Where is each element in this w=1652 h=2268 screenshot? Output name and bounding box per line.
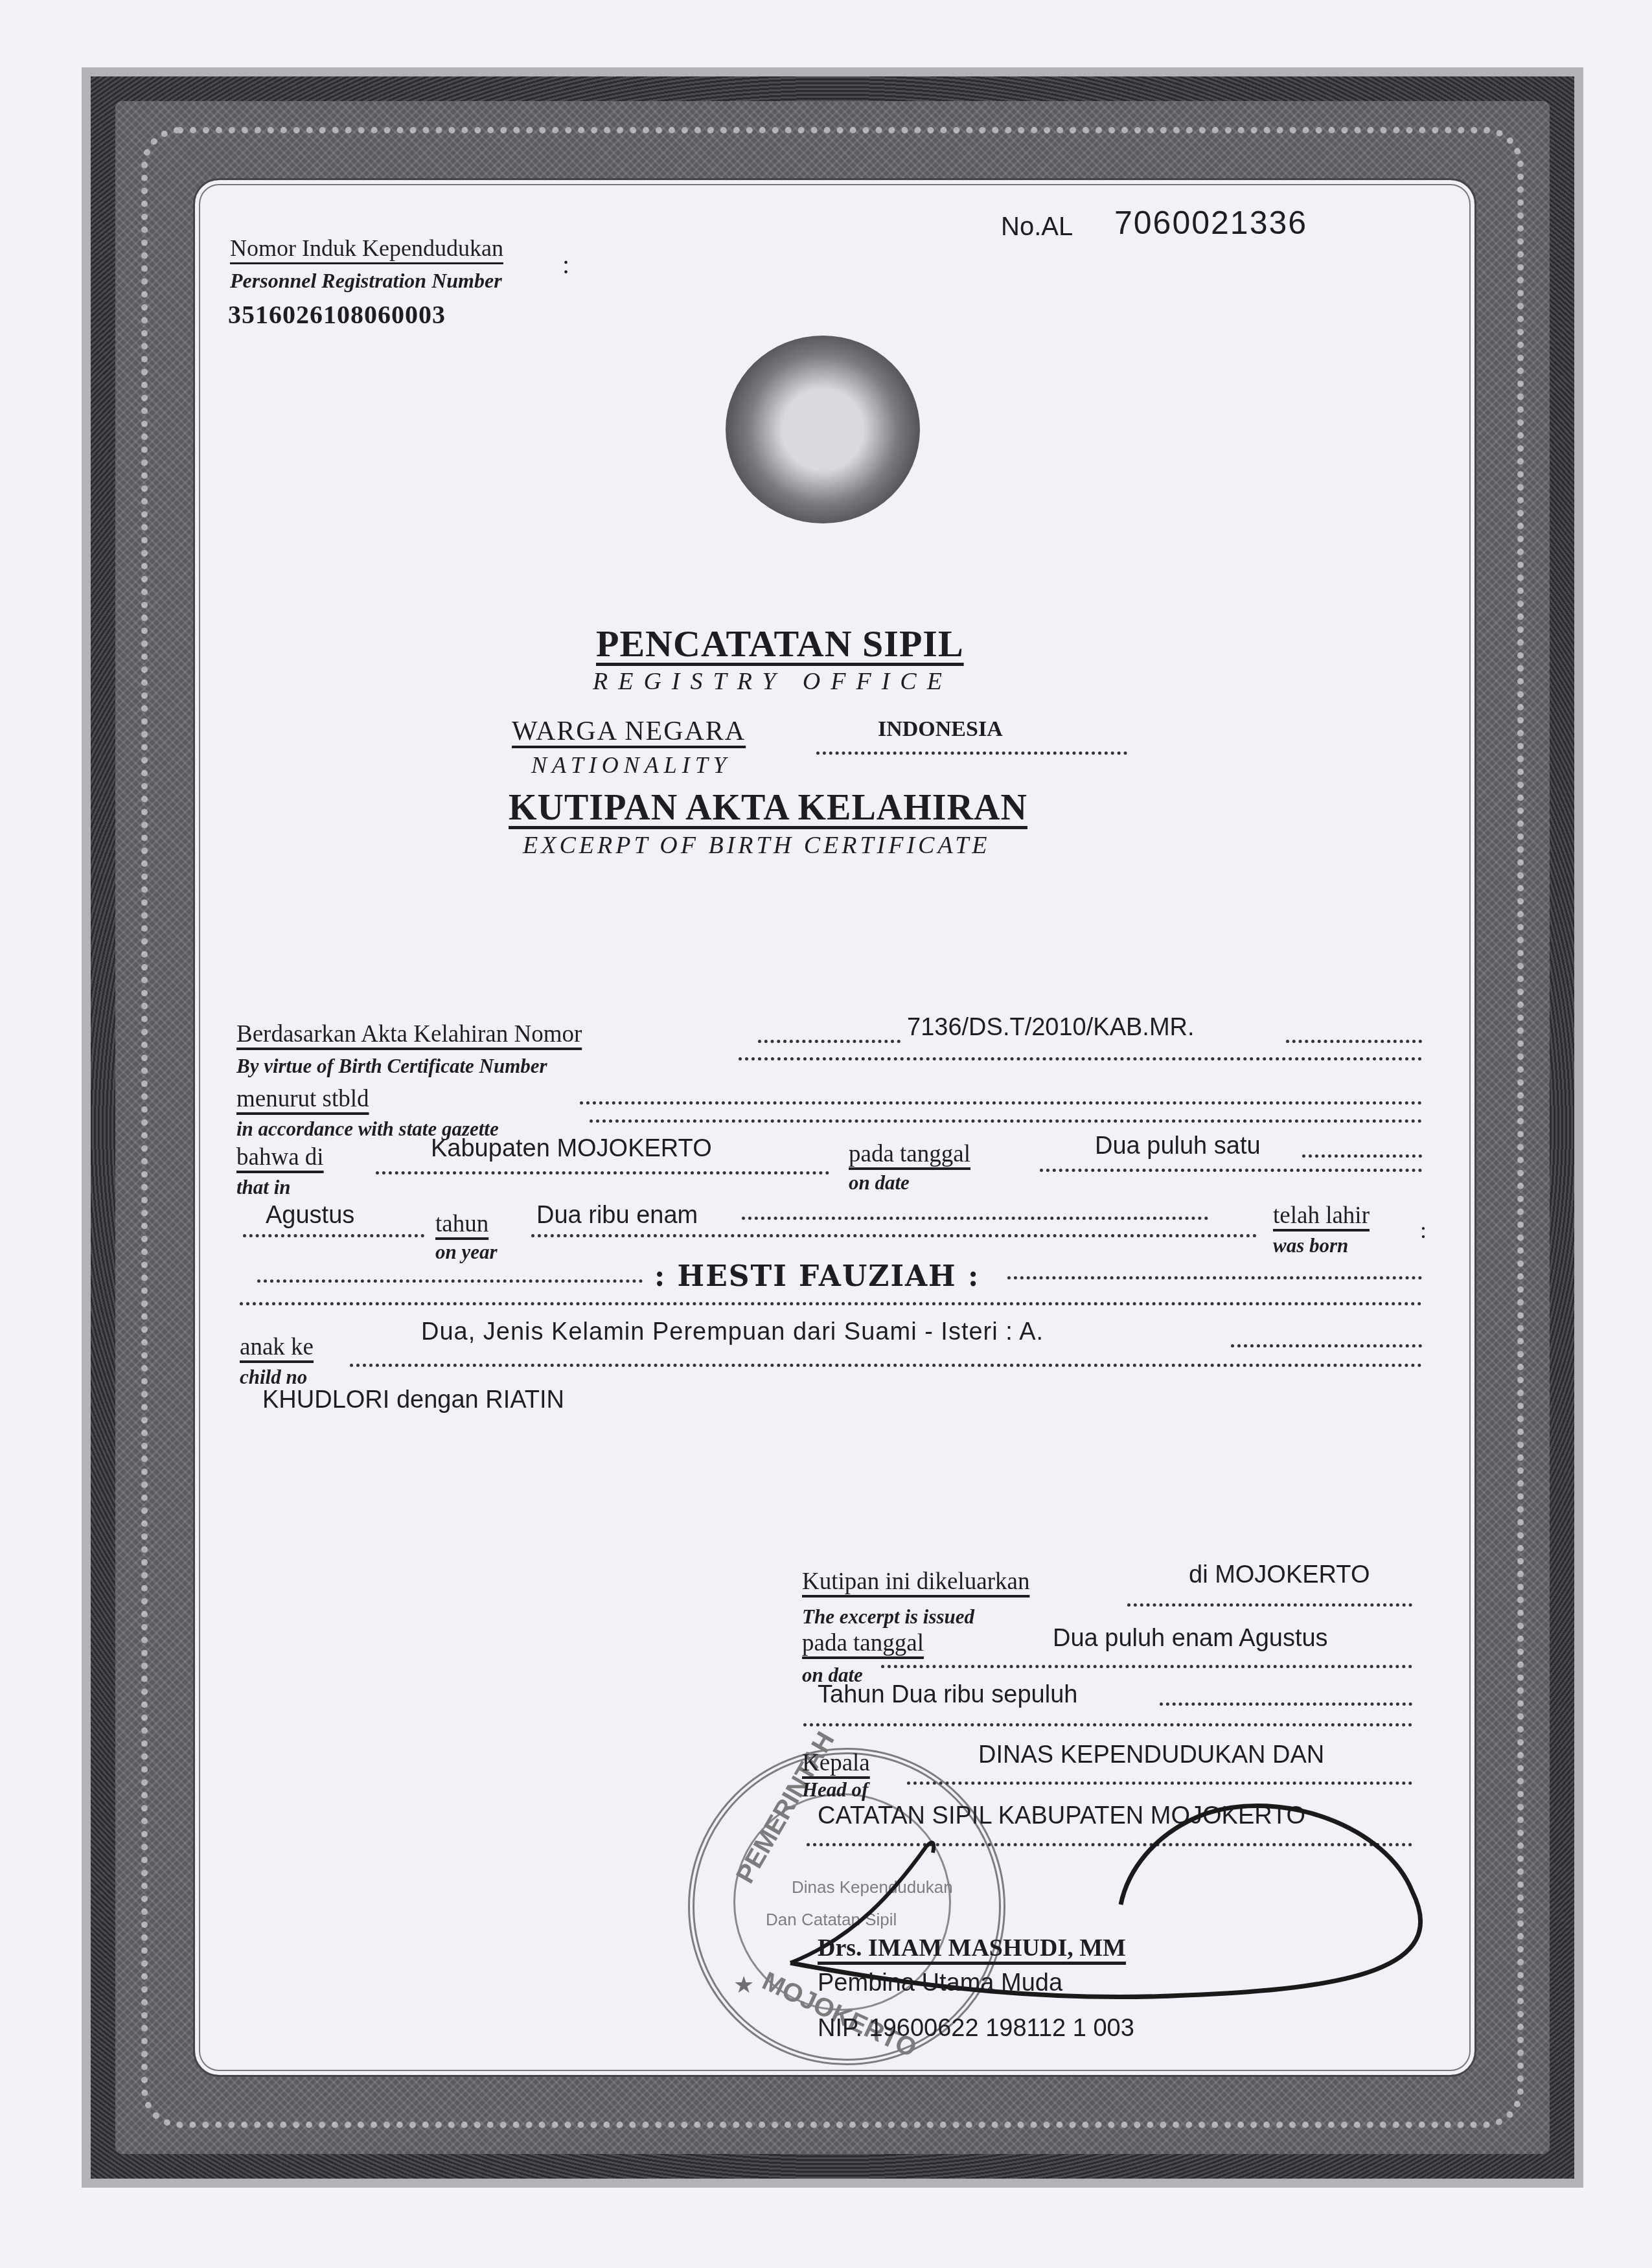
birth-year-label: tahun [435,1210,488,1238]
birthdate-value: Dua puluh satu [1095,1132,1261,1160]
issued-year-value: Tahun Dua ribu sepuluh [818,1681,1077,1709]
dotted-line [1160,1702,1412,1706]
dotted-line [531,1234,1257,1237]
birth-year-label-en: on year [435,1241,498,1264]
cert-number-label-en: By virtue of Birth Certificate Number [236,1055,547,1078]
issued-place-value: di MOJOKERTO [1189,1561,1370,1589]
born-colon: : [1420,1217,1427,1244]
birthplace-label: bahwa di [236,1143,324,1171]
birthplace-label-en: that in [236,1176,291,1199]
nationality-value: INDONESIA [878,717,1003,742]
signatory-name: Drs. IMAM MASHUDI, MM [818,1934,1126,1962]
issued-date-label: pada tanggal [802,1629,924,1657]
born-label-en: was born [1273,1234,1348,1257]
dotted-line [739,1057,1422,1060]
dotted-line [758,1040,901,1043]
document-title-en: EXCERPT OF BIRTH CERTIFICATE [523,831,991,860]
dotted-line [376,1171,829,1174]
dotted-line [240,1302,1422,1305]
child-order-label: anak ke [240,1333,314,1361]
nik-value: 3516026108060003 [228,299,446,330]
nationality-label: WARGA NEGARA [512,716,746,747]
issued-label-en: The excerpt is issued [802,1605,974,1629]
office-title: PENCATATAN SIPIL [596,622,964,665]
birthplace-value: Kabupaten MOJOKERTO [431,1135,712,1163]
dotted-line [1231,1344,1422,1347]
signatory-nip: NIP. 19600622 198112 1 003 [818,2015,1134,2043]
nik-label: Nomor Induk Kependudukan [230,235,503,262]
star-icon: ★ [733,1971,754,1999]
birthdate-label: pada tanggal [849,1140,970,1168]
nik-colon: : [562,249,569,280]
dotted-line [742,1217,1208,1220]
nationality-label-en: NATIONALITY [531,751,731,779]
birth-month-value: Agustus [266,1202,354,1230]
serial-prefix: No.AL [1001,212,1073,242]
dotted-line [257,1279,643,1283]
cert-number-label: Berdasarkan Akta Kelahiran Nomor [236,1020,582,1048]
serial-number: 7060021336 [1114,204,1307,242]
dotted-line [1302,1154,1422,1158]
head-label: Kepala [802,1749,870,1777]
embossed-seal-icon [726,336,920,523]
office-title-en: REGISTRY OFFICE [593,667,952,696]
dotted-line [881,1665,1412,1668]
parents-value: KHUDLORI dengan RIATIN [262,1386,564,1414]
issued-date-value: Dua puluh enam Agustus [1053,1625,1328,1653]
dotted-line [590,1119,1422,1123]
cert-number-value: 7136/DS.T/2010/KAB.MR. [907,1014,1195,1042]
issued-label: Kutipan ini dikeluarkan [802,1568,1029,1596]
birthdate-label-en: on date [849,1171,910,1195]
child-order-value: Dua, Jenis Kelamin Perempuan dari Suami … [421,1318,1044,1346]
dotted-line [243,1234,424,1237]
dotted-line [1040,1169,1422,1172]
nik-label-en: Personnel Registration Number [230,269,502,293]
dotted-line [1286,1040,1422,1043]
stbld-label: menurut stbld [236,1085,369,1113]
dotted-line [580,1101,1422,1105]
dotted-line [816,751,1127,755]
dotted-line [1127,1603,1412,1607]
birth-year-value: Dua ribu enam [536,1202,698,1230]
document-title: KUTIPAN AKTA KELAHIRAN [509,787,1027,829]
child-name: : HESTI FAUZIAH : [654,1260,980,1293]
child-order-label-en: child no [240,1366,307,1389]
born-label: telah lahir [1273,1202,1370,1230]
dotted-line [1007,1276,1422,1279]
dotted-line [350,1364,1422,1367]
head-office-value-1: DINAS KEPENDUDUKAN DAN [978,1741,1324,1769]
signatory-rank: Pembina Utama Muda [818,1969,1062,1997]
dotted-line [803,1723,1412,1726]
signature [764,1775,1477,2047]
